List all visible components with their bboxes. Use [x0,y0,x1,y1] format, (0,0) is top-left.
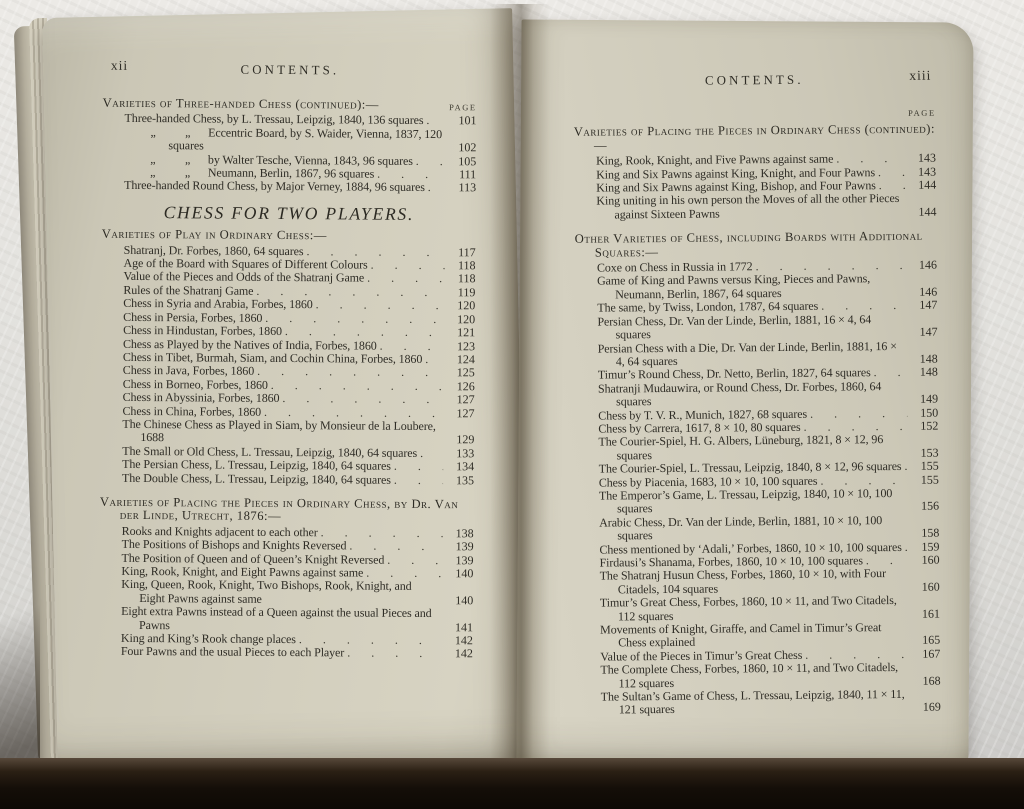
toc-entry-page-number: 118 [447,273,475,287]
toc-entry: Persian Chess, Dr. Van der Linde, Berlin… [597,312,937,342]
toc-entry-page-number: 140 [445,594,473,608]
running-head-right: CONTENTS. [573,73,935,90]
toc-entry-page-number: 125 [447,366,475,380]
toc-entry-page-number: 101 [449,115,477,129]
toc-entry-page-number: 147 [909,299,937,313]
dot-leader: . . . . . . . . . . . . . . . . . . . . … [347,647,442,661]
toc-entry: Timur’s Great Chess, Forbes, 1860, 10 × … [600,594,940,624]
dot-leader: . . . . . . . . . . . . . . . . . . . . … [367,272,444,286]
toc-entry-page-number: 169 [913,701,941,715]
dot-leader: . . . . . . . . . . . . . . . . . . . . … [394,460,443,474]
right-page-sections: Varieties of Placing the Pieces in Ordin… [574,123,941,718]
toc-entry-page-number: 135 [446,474,474,488]
toc-entry-text: „ „ Eccentric Board, by S. Waider, Vienn… [150,126,442,155]
toc-entry-text: The Double Chess, L. Tressau, Leipzig, 1… [122,471,391,486]
left-page-header: xii CONTENTS. [103,57,477,84]
toc-section: Varieties of Placing the Pieces in Ordin… [99,496,474,661]
right-page-content: CONTENTS. xiii PAGE Varieties of Placing… [573,67,941,729]
toc-entry-page-number: 140 [445,567,473,581]
left-page-sections: Varieties of Three-handed Chess (continu… [99,97,477,661]
toc-entry-page-number: 127 [447,393,475,407]
section-heading: Varieties of Placing the Pieces in Ordin… [574,123,936,153]
dot-leader: . . . . . . . . . . . . . . . . . . . . … [874,366,907,380]
dot-leader: . . . . . . . . . . . . . . . . . . . . … [257,365,444,380]
toc-entry-text: Arabic Chess, Dr. Van der Linde, Berlin,… [599,514,905,543]
toc-entry: Eight extra Pawns instead of a Queen aga… [121,605,473,634]
section-heading: Varieties of Placing the Pieces in Ordin… [100,496,474,525]
dot-leader: . . . . . . . . . . . . . . . . . . . . … [866,554,909,568]
toc-entry: Persian Chess with a Die, Dr. Van der Li… [598,339,938,369]
dot-leader: . . . . . . . . . . . . . . . . . . . . … [394,473,443,487]
toc-entry-page-number: 144 [908,179,936,193]
toc-entry-text: Shatranji Mudauwira, or Round Chess, Dr.… [598,380,904,409]
toc-entry-page-number: 147 [909,326,937,340]
toc-entry-text: Three-handed Round Chess, by Major Verne… [124,179,425,195]
toc-entry-page-number: 143 [908,152,936,166]
toc-entry-text: The Chinese Chess as Played in Siam, by … [122,418,440,447]
dot-leader: . . . . . . . . . . . . . . . . . . . . … [426,114,445,128]
running-head-left: CONTENTS. [103,63,477,79]
toc-entry-page-number: 156 [911,500,939,514]
toc-entry: Movements of Knight, Giraffe, and Camel … [600,621,940,651]
dot-leader: . . . . . . . . . . . . . . . . . . . . … [282,392,443,407]
toc-entry: Game of King and Pawns versus King, Piec… [597,272,937,302]
toc-entry-page-number: 155 [911,460,939,474]
toc-entry-page-number: 139 [446,540,474,554]
toc-entry-text: The Emperor’s Game, L. Tressau, Leipzig,… [599,487,905,516]
dot-leader: . . . . . . . . . . . . . . . . . . . . … [316,299,445,313]
dot-leader: . . . . . . . . . . . . . . . . . . . . … [271,379,444,394]
dot-leader: . . . . . . . . . . . . . . . . . . . . … [371,259,445,273]
dot-leader: . . . . . . . . . . . . . . . . . . . . … [821,299,906,313]
dot-leader: . . . . . . . . . . . . . . . . . . . . … [836,152,905,166]
toc-entry: Shatranji Mudauwira, or Round Chess, Dr.… [598,379,938,409]
toc-entry-page-number: 146 [909,259,937,273]
toc-section: Varieties of Placing the Pieces in Ordin… [574,123,937,222]
toc-entry: The Double Chess, L. Tressau, Leipzig, 1… [122,471,474,487]
toc-entry-text: Game of King and Pawns versus King, Piec… [597,272,903,301]
toc-section: Varieties of Three-handed Chess (continu… [102,97,477,195]
book-cover-edge [0,758,1024,809]
toc-entry-page-number: 148 [910,366,938,380]
dot-leader: . . . . . . . . . . . . . . . . . . . . … [905,540,909,553]
toc-entry: The Chinese Chess as Played in Siam, by … [122,418,474,447]
folio-right: xiii [909,69,931,83]
toc-entry-text: Four Pawns and the usual Pieces to each … [121,645,344,660]
toc-entry-text: Persian Chess with a Die, Dr. Van der Li… [598,339,904,368]
toc-entry-text: Timur’s Great Chess, Forbes, 1860, 10 × … [600,594,906,623]
toc-entry-text: Persian Chess, Dr. Van der Linde, Berlin… [597,313,903,342]
toc-entry: The Sultan’s Game of Chess, L. Tressau, … [601,688,941,718]
left-page: xii CONTENTS. PAGE Varieties of Three-ha… [42,8,528,769]
dot-leader: . . . . . . . . . . . . . . . . . . . . … [810,406,907,420]
dot-leader: . . . . . . . . . . . . . . . . . . . . … [878,166,905,180]
dot-leader: . . . . . . . . . . . . . . . . . . . . … [425,353,444,367]
dot-leader: . . . . . . . . . . . . . . . . . . . . … [416,155,446,169]
right-page-header: CONTENTS. xiii [573,67,935,94]
left-page-content: xii CONTENTS. PAGE Varieties of Three-ha… [99,57,477,672]
toc-entry-page-number: 149 [910,393,938,407]
toc-entry: „ „ Eccentric Board, by S. Waider, Vienn… [150,126,476,155]
toc-entry-page-number: 129 [446,433,474,447]
toc-entry-page-number: 142 [445,648,473,662]
toc-entry-page-number: 134 [446,460,474,474]
toc-entry-page-number: 127 [446,407,474,421]
dot-leader: . . . . . . . . . . . . . . . . . . . . … [387,553,442,567]
page-column-label-right: PAGE [574,107,936,124]
toc-entry-text: The Courier-Spiel, H. G. Albers, Lünebur… [598,433,904,462]
toc-entry-text: The Complete Chess, Forbes, 1860, 10 × 1… [600,661,906,690]
toc-entry: The Emperor’s Game, L. Tressau, Leipzig,… [599,487,939,517]
toc-entry-page-number: 144 [908,205,936,219]
toc-entry-page-number: 123 [447,340,475,354]
toc-entry: Four Pawns and the usual Pieces to each … [121,645,473,661]
section-heading: Varieties of Three-handed Chess (continu… [103,97,477,113]
section-heading: Other Varieties of Chess, including Boar… [575,230,937,260]
toc-entry-page-number: 152 [910,420,938,434]
toc-entry-page-number: 161 [912,607,940,621]
book-photo: xii CONTENTS. PAGE Varieties of Three-ha… [0,0,1024,809]
toc-entry-text: King, Queen, Rook, Knight, Two Bishops, … [121,578,439,607]
toc-entry-page-number: 158 [911,527,939,541]
toc-entry: Three-handed Round Chess, by Major Verne… [124,179,476,195]
toc-entry-page-number: 160 [911,554,939,568]
toc-entry: Arabic Chess, Dr. Van der Linde, Berlin,… [599,513,939,543]
toc-entry-page-number: 120 [447,299,475,313]
toc-entry-page-number: 121 [447,326,475,340]
toc-entry-page-number: 168 [913,674,941,688]
toc-entry-text: Movements of Knight, Giraffe, and Camel … [600,621,906,650]
dot-leader: . . . . . . . . . . . . . . . . . . . . … [428,181,445,195]
toc-entry-page-number: 167 [912,647,940,661]
dot-leader: . . . . . . . . . . . . . . . . . . . . … [904,460,907,473]
toc-entry-page-number: 113 [448,182,476,196]
dot-leader: . . . . . . . . . . . . . . . . . . . . … [265,312,444,327]
toc-entry-text: The Sultan’s Game of Chess, L. Tressau, … [601,688,907,717]
toc-entry-page-number: 102 [448,141,476,155]
table-shadow [0,600,40,770]
toc-entry: King, Queen, Rook, Knight, Two Bishops, … [121,578,473,607]
toc-section: Other Varieties of Chess, including Boar… [575,230,941,718]
toc-entry-text: King uniting in his own person the Moves… [596,192,902,221]
toc-section: Varieties of Play in Ordinary Chess:—Sha… [100,228,476,487]
toc-entry-text: Eight extra Pawns instead of a Queen aga… [121,605,439,634]
toc-entry: King uniting in his own person the Moves… [596,192,936,222]
toc-entry-page-number: 160 [912,580,940,594]
chapter-heading: CHESS FOR TWO PLAYERS. [102,206,476,222]
toc-entry-text: The Shatranj Husun Chess, Forbes, 1860, … [600,567,906,596]
toc-entry-page-number: 155 [911,473,939,487]
dot-leader: . . . . . . . . . . . . . . . . . . . . … [420,447,443,461]
right-page: CONTENTS. xiii PAGE Varieties of Placing… [516,19,973,763]
section-heading: Varieties of Play in Ordinary Chess:— [102,228,476,244]
